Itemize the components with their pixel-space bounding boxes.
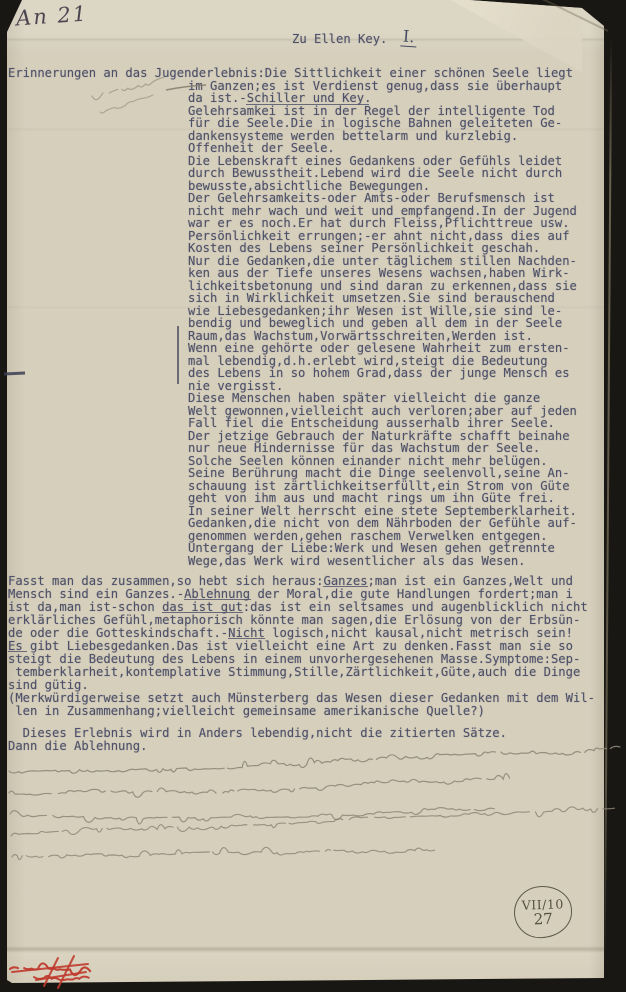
scribble-stroke (100, 95, 153, 113)
scribble-stroke (11, 807, 615, 836)
scribble-stroke (92, 77, 164, 99)
handwritten-annotations-layer (0, 0, 626, 992)
red-crossout-stroke (44, 958, 58, 986)
pointer-dash (166, 85, 206, 90)
scanned-typescript-page: { "document": { "archive_number": "An 21… (0, 0, 626, 992)
scribble-stroke (9, 774, 513, 798)
scribble-stroke (12, 847, 435, 859)
scribble-stroke (9, 746, 620, 773)
